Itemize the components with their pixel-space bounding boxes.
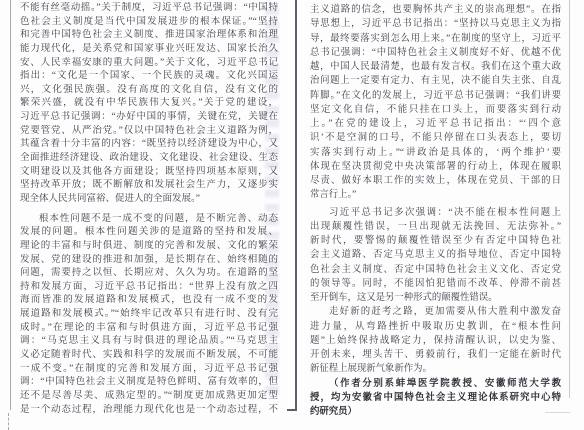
text-line: 展道路和发展模式。”“始终牢记改革只有进行时、没有完 [20,308,278,322]
text-line: 繁荣兴盛，就没有中华民族伟大复兴。”关于党的建设， [20,97,278,111]
text-line: 新时代，要警惕的颠覆性错误至少有否定中国特色社 [310,234,561,248]
text-line: 持和发展方面，习近平总书记指出：“世界上没有放之四 [20,281,278,295]
text-line: 至开倒车，这又是另一种形式的颠覆性错误。 [310,291,561,305]
text-line: 越，中国人民最清楚，也最有发言权。我们在这个重大政 [310,60,561,74]
text-line: 调：“中国特色社会主义制度是特色鲜明、富有效率的，但 [20,376,278,390]
text-line: 授，均为安徽省中国特色社会主义理论体系研究中心特 [310,391,561,405]
column-divider-foot [287,409,297,411]
text-line: 色社会主义制度是当代中国发展进步的根本保证。”“坚持 [20,16,278,30]
text-line: 常言行上。” [310,188,561,202]
text-line: 出现颠覆性错误，一旦出现就无法挽回、无法弥补。” [310,220,561,234]
column-divider [295,0,297,411]
left-text-column: 不能有丝毫动摇。”关于制度，习近平总书记强调：“中国特色社会主义制度是当代中国发… [20,2,278,417]
text-line: 问题，需要持之以恒、长期应对、久久为功。在道路的坚 [20,267,278,281]
text-line: 新征程上展现新气象新作为。 [310,362,561,376]
text-line: 导思想上，习近平总书记指出：“坚持以马克思主义为指 [310,17,561,31]
text-line: 约研究员） [310,405,561,419]
text-line: 一成不变。”在制度的完善和发展方面，习近平总书记强 [20,363,278,377]
text-line: 兴，文化强民族强。没有高度的文化自信，没有文化的 [20,84,278,98]
text-line: 色社会主义制度、否定中国特色社会主义文化、否定党 [310,263,561,277]
text-line: 治问题上一定要有定力、有主见，决不能自失主张、自乱 [310,74,561,88]
text-line: 其蕴含着十分丰富的内容：“既坚持以经济建设为中心，又 [20,138,278,152]
text-line: 坚定文化自信，不能只挂在口头上，而要落实到行动 [310,103,561,117]
text-line: 实落实到行动上。”“讲政治是具体的，‘两个维护’要 [310,146,561,160]
text-line: 全面推进经济建设、政治建设、文化建设、社会建设、生态 [20,152,278,166]
text-line: 题”上始终保持战略定力，保持清醒认识，以史为鉴、 [310,334,561,348]
text-line: 导，最终要落实到怎么用上来。”在制度的坚守上，习近平 [310,32,561,46]
paragraph: 根本性问题不是一成不变的问题，是不断完善、动态发展的问题。根本性问题关涉的是道路… [20,213,278,418]
text-line: 党要管党、从严治党。”仅以中国特色社会主义道路为例， [20,125,278,139]
text-line: 海而皆准的发展道路和发展模式，也没有一成不变的发 [20,294,278,308]
text-line: 发展的问题。根本性问题关涉的是道路的坚持和发展、 [20,226,278,240]
text-line: 和完善中国特色社会主义制度、推进国家治理体系和治理 [20,29,278,43]
text-line: 的领导等。同时，不能因怕犯错而不改革、停滞不前甚 [310,277,561,291]
text-line: 尽责、做好本职工作的实效上，体现在党员、干部的日 [310,174,561,188]
text-line: 习近平总书记强调：“办好中国的事情，关键在党，关键在 [20,111,278,125]
right-text-column: 主义道路的信念，也要胸怀共产主义的崇高理想”。在指导思想上，习近平总书记指出：“… [310,3,561,419]
text-line: 义必定随着时代、实践和科学的发展而不断发展，不可能 [20,349,278,363]
text-line: 习近平总书记多次强调：“决不能在根本性问题上 [310,206,561,220]
text-line: 指出：“文化是一个国家、一个民族的灵魂。文化兴国运 [20,70,278,84]
text-line: 总书记强调：“中国特色社会主义制度好不好、优越不优 [310,46,561,60]
paragraph: （作者分别系蚌埠医学院教授、安徽师范大学教授，均为安徽省中国特色社会主义理论体系… [310,377,561,420]
text-line: 安、人民幸福安康的重大问题。”关于文化，习近平总书记 [20,57,278,71]
text-line: 识’不是空洞的口号，不能只停留在口头表态上，要切 [310,131,561,145]
paragraph: 习近平总书记多次强调：“决不能在根本性问题上出现颠覆性错误，一旦出现就无法挽回、… [310,206,561,306]
text-line: （作者分别系蚌埠医学院教授、安徽师范大学教 [310,377,561,391]
text-line: 还不是尽善尽美、成熟定型的。”“制度更加成熟更加定型 [20,390,278,404]
page-right-border [569,0,570,398]
paragraph: 主义道路的信念，也要胸怀共产主义的崇高理想”。在指导思想上，习近平总书记指出：“… [310,3,561,203]
text-line: 发展、党的建设的推进和加强，是长期存在、始终相随的 [20,254,278,268]
page-left-border [10,0,11,410]
text-line: 根本性问题不是一成不变的问题，是不断完善、动态 [20,213,278,227]
text-line: 不能有丝毫动摇。”关于制度，习近平总书记强调：“中国特 [20,2,278,16]
text-line: 走好新的赶考之路，更加需要从伟大胜利中激发奋 [310,305,561,319]
paragraph: 不能有丝毫动摇。”关于制度，习近平总书记强调：“中国特色社会主义制度是当代中国发… [20,2,278,207]
text-line: 现全体人民共同富裕、促进人的全面发展。” [20,193,278,207]
page-left-border-dashed [8,413,9,430]
text-line: 能力现代化，是关系党和国家事业兴旺发达、国家长治久 [20,43,278,57]
text-line: 开创未来，埋头苦干、勇毅前行，我们一定能在新时代 [310,348,561,362]
text-line: 主义道路的信念，也要胸怀共产主义的崇高理想”。在指 [310,3,561,17]
text-line: 进力量，从弯路挫折中吸取历史教训，在“根本性问 [310,320,561,334]
text-line: 是一个动态过程，治理能力现代化也是一个动态过程，不 [20,404,278,418]
text-line: 成时。”在理论的丰富和与时俱进方面，习近平总书记强 [20,322,278,336]
text-line: 上。”在党的建设上，习近平总书记指出：“‘四个意 [310,117,561,131]
text-line: 会主义道路、否定马克思主义的指导地位、否定中国特 [310,248,561,262]
text-line: 坚持改革开放；既不断解放和发展社会生产力，又逐步实 [20,179,278,193]
scanned-article-page: 不能有丝毫动摇。”关于制度，习近平总书记强调：“中国特色社会主义制度是当代中国发… [0,0,584,430]
text-line: 调：“马克思主义具有与时俱进的理论品质。”“马克思主 [20,335,278,349]
text-line: 阵脚。”在文化的发展上，习近平总书记强调：“我们讲要 [310,89,561,103]
text-line: 文明建设以及其他各方面建设；既坚持四项基本原则，又 [20,166,278,180]
paragraph: 走好新的赶考之路，更加需要从伟大胜利中激发奋进力量，从弯路挫折中吸取历史教训，在… [310,305,561,376]
text-line: 理论的丰富和与时俱进、制度的完善和发展、文化的繁荣 [20,240,278,254]
text-line: 体现在坚决贯彻党中央决策部署的行动上，体现在履职 [310,160,561,174]
